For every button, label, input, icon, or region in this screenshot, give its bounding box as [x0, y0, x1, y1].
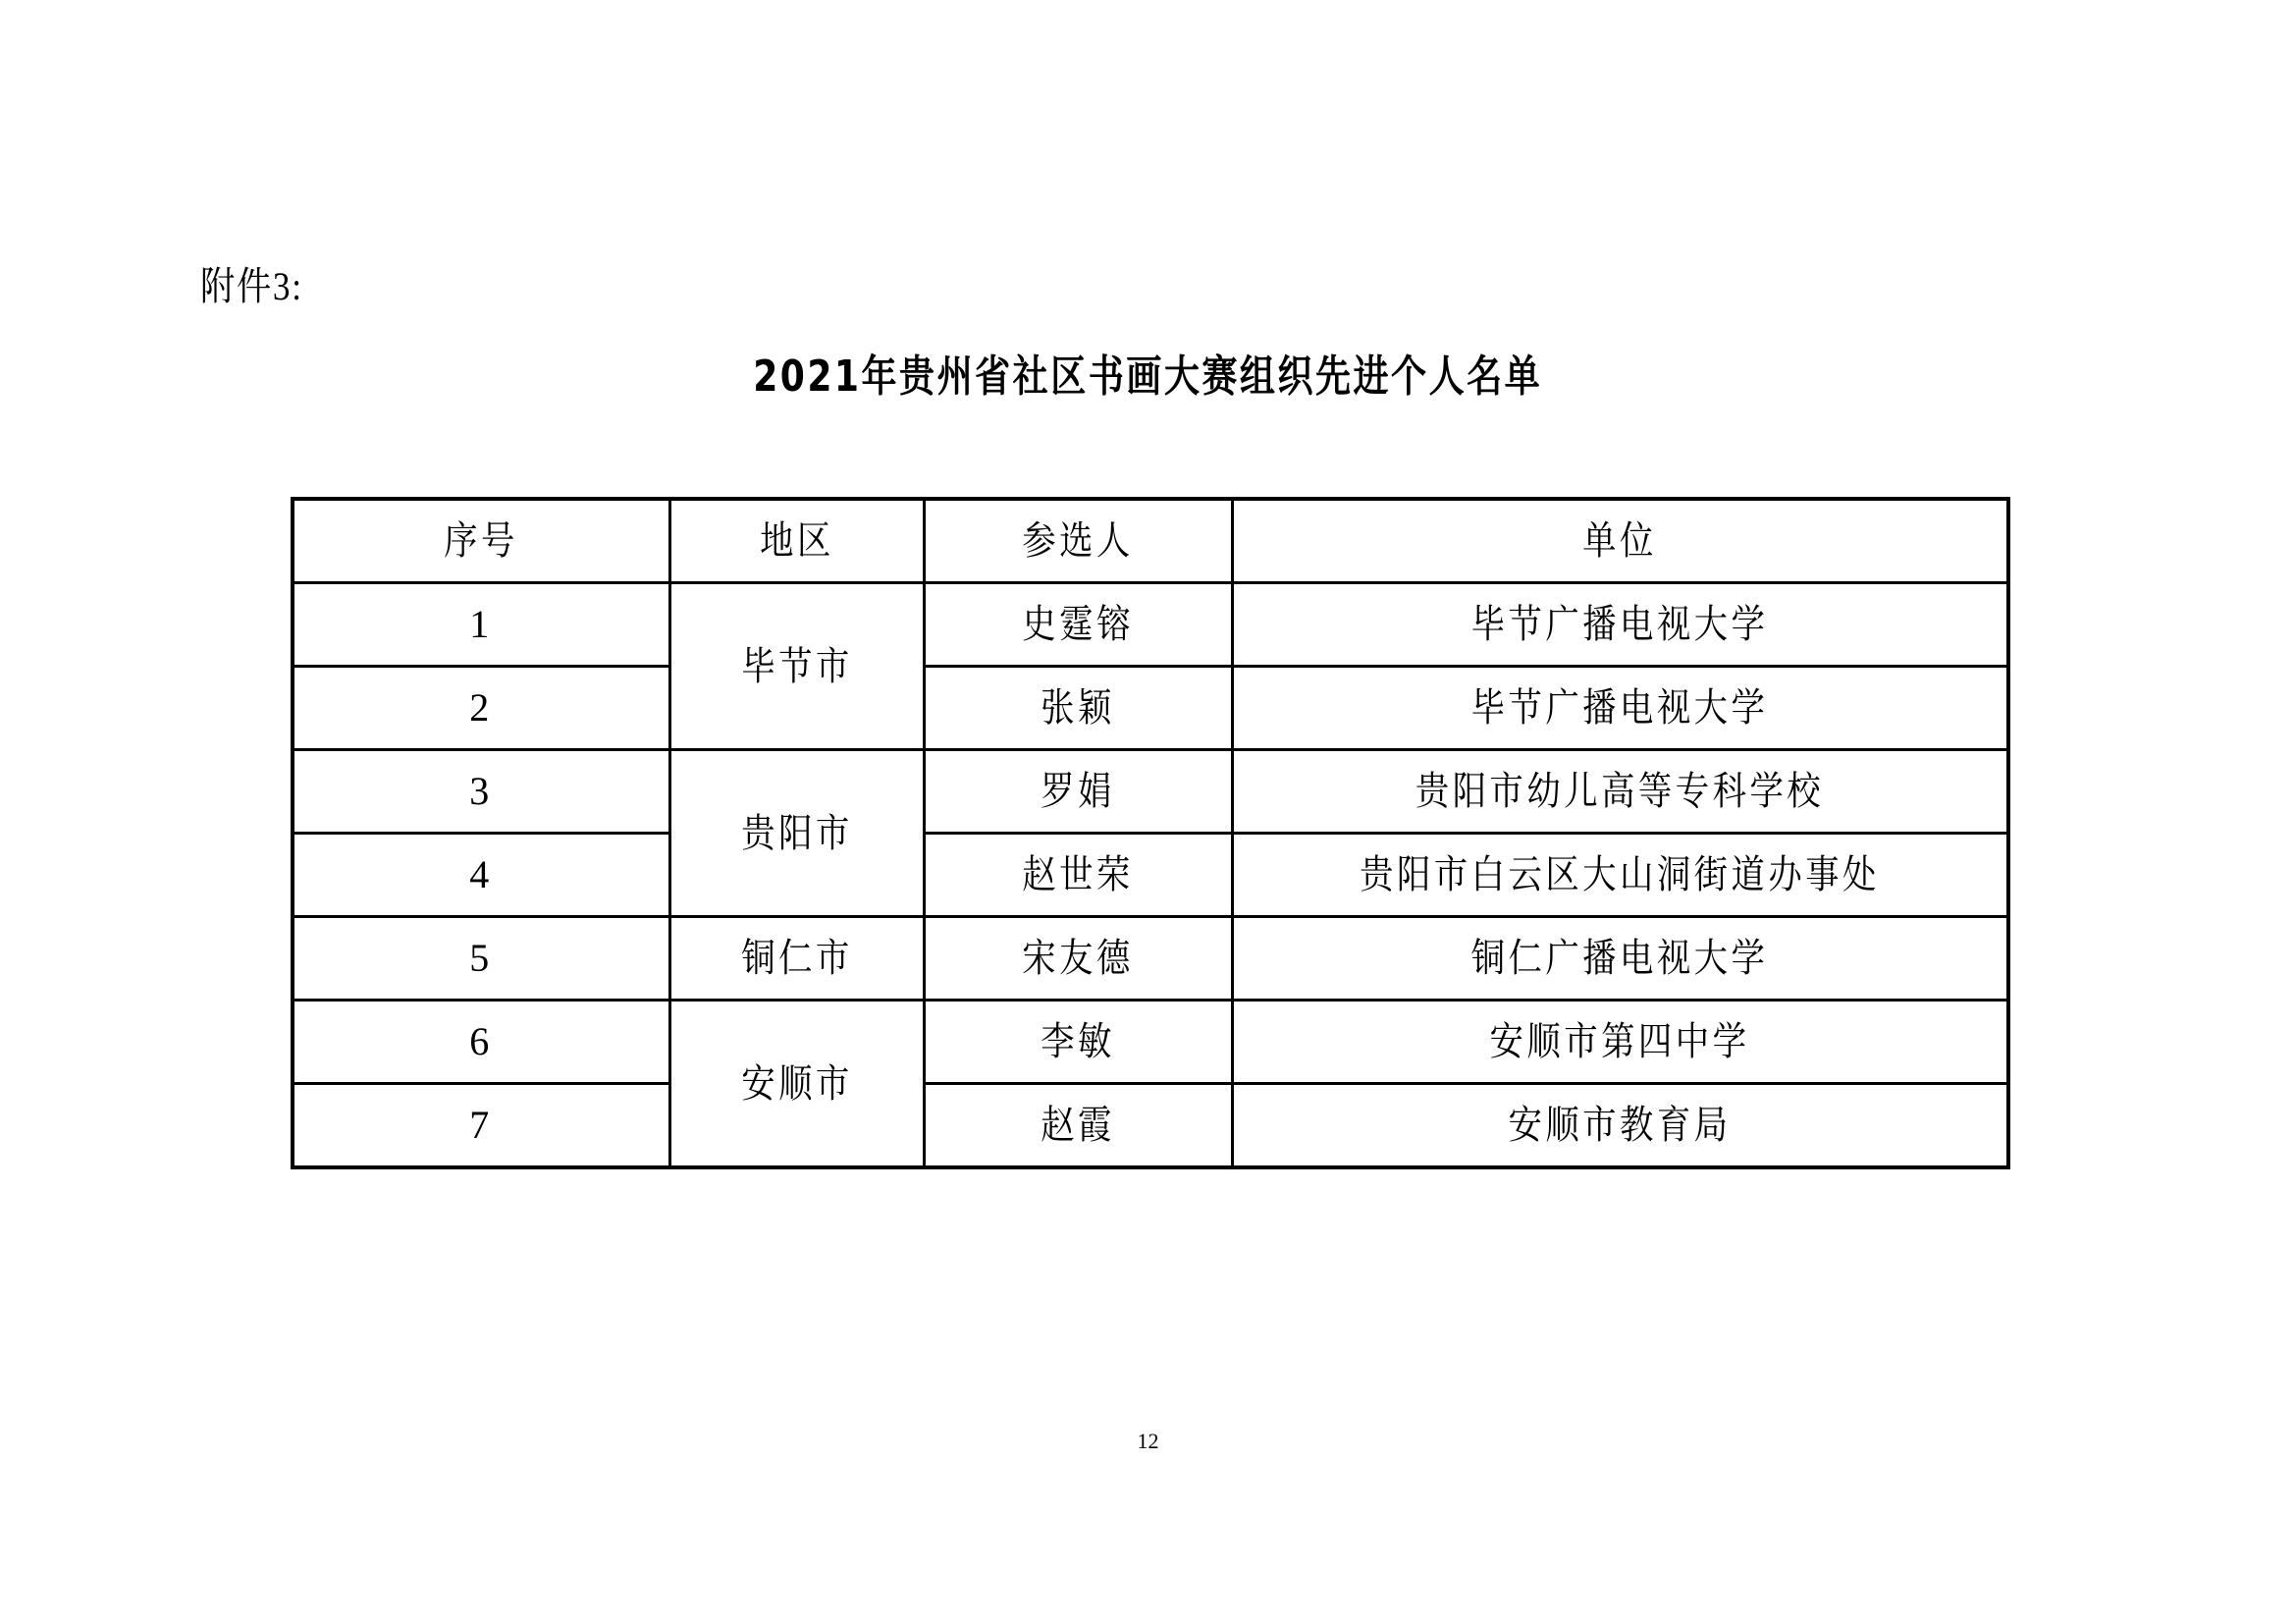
- table-row: 7 赵霞 安顺市教育局: [293, 1084, 2008, 1168]
- row-index: 5: [293, 917, 669, 1001]
- row-index: 3: [293, 750, 669, 834]
- unit-text: 毕节广播电视大学: [1471, 603, 1769, 646]
- region-label: 安顺市: [741, 1062, 853, 1106]
- region-label: 贵阳市: [741, 812, 853, 855]
- header-region-label: 地区: [760, 519, 834, 563]
- participant-name-text: 张颖: [1041, 686, 1115, 730]
- row-index: 2: [293, 667, 669, 750]
- region-label: 毕节市: [741, 645, 853, 688]
- row-index: 7: [293, 1084, 669, 1168]
- participant-name-text: 赵世荣: [1022, 853, 1134, 896]
- row-index: 6: [293, 1001, 669, 1084]
- unit-cell: 贵阳市幼儿高等专科学校: [1232, 750, 2008, 834]
- unit-text: 安顺市第四中学: [1490, 1020, 1750, 1063]
- table-row: 4 赵世荣 贵阳市白云区大山洞街道办事处: [293, 834, 2008, 917]
- participant-name-text: 李敏: [1041, 1020, 1115, 1063]
- region-cell: 贵阳市: [669, 750, 924, 917]
- row-index: 4: [293, 834, 669, 917]
- unit-cell: 铜仁广播电视大学: [1232, 917, 2008, 1001]
- unit-text: 贵阳市白云区大山洞街道办事处: [1360, 853, 1880, 896]
- table-row: 3 贵阳市 罗娟 贵阳市幼儿高等专科学校: [293, 750, 2008, 834]
- unit-cell: 毕节广播电视大学: [1232, 667, 2008, 750]
- participant-name: 史霆镕: [924, 583, 1232, 667]
- unit-cell: 毕节广播电视大学: [1232, 583, 2008, 667]
- participant-name-text: 史霆镕: [1022, 603, 1134, 646]
- table-row: 5 铜仁市 宋友德 铜仁广播电视大学: [293, 917, 2008, 1001]
- document-title-text: 2021年贵州省社区书画大赛组织先进个人名单: [754, 350, 1543, 405]
- header-name-label: 参选人: [1022, 519, 1134, 563]
- unit-text: 铜仁广播电视大学: [1471, 937, 1769, 980]
- header-index: 序号: [293, 499, 669, 583]
- header-region: 地区: [669, 499, 924, 583]
- region-label: 铜仁市: [741, 937, 853, 980]
- table-row: 6 安顺市 李敏 安顺市第四中学: [293, 1001, 2008, 1084]
- participant-name: 罗娟: [924, 750, 1232, 834]
- header-name: 参选人: [924, 499, 1232, 583]
- region-cell: 铜仁市: [669, 917, 924, 1001]
- header-unit: 单位: [1232, 499, 2008, 583]
- region-cell: 毕节市: [669, 583, 924, 750]
- unit-cell: 安顺市第四中学: [1232, 1001, 2008, 1084]
- participant-name: 赵世荣: [924, 834, 1232, 917]
- participant-name-text: 赵霞: [1041, 1104, 1115, 1147]
- header-unit-label: 单位: [1582, 519, 1657, 563]
- row-index: 1: [293, 583, 669, 667]
- participant-name: 赵霞: [924, 1084, 1232, 1168]
- table-row: 1 毕节市 史霆镕 毕节广播电视大学: [293, 583, 2008, 667]
- table-header-row: 序号 地区 参选人 单位: [293, 499, 2008, 583]
- advanced-individuals-table: 序号 地区 参选人 单位 1 毕节市 史霆镕 毕节广播电视大学 2 张颖 毕节广…: [291, 497, 2010, 1169]
- participant-name: 张颖: [924, 667, 1232, 750]
- document-title: 2021年贵州省社区书画大赛组织先进个人名单: [0, 350, 2296, 405]
- unit-text: 安顺市教育局: [1509, 1104, 1732, 1147]
- region-cell: 安顺市: [669, 1001, 924, 1168]
- attachment-label: 附件3:: [200, 261, 303, 312]
- unit-text: 贵阳市幼儿高等专科学校: [1415, 770, 1824, 813]
- participant-name: 李敏: [924, 1001, 1232, 1084]
- participant-name: 宋友德: [924, 917, 1232, 1001]
- participant-name-text: 罗娟: [1041, 770, 1115, 813]
- table-row: 2 张颖 毕节广播电视大学: [293, 667, 2008, 750]
- unit-text: 毕节广播电视大学: [1471, 686, 1769, 730]
- page-number: 12: [0, 1428, 2296, 1455]
- unit-cell: 安顺市教育局: [1232, 1084, 2008, 1168]
- unit-cell: 贵阳市白云区大山洞街道办事处: [1232, 834, 2008, 917]
- header-index-label: 序号: [444, 519, 518, 563]
- participant-name-text: 宋友德: [1022, 937, 1134, 980]
